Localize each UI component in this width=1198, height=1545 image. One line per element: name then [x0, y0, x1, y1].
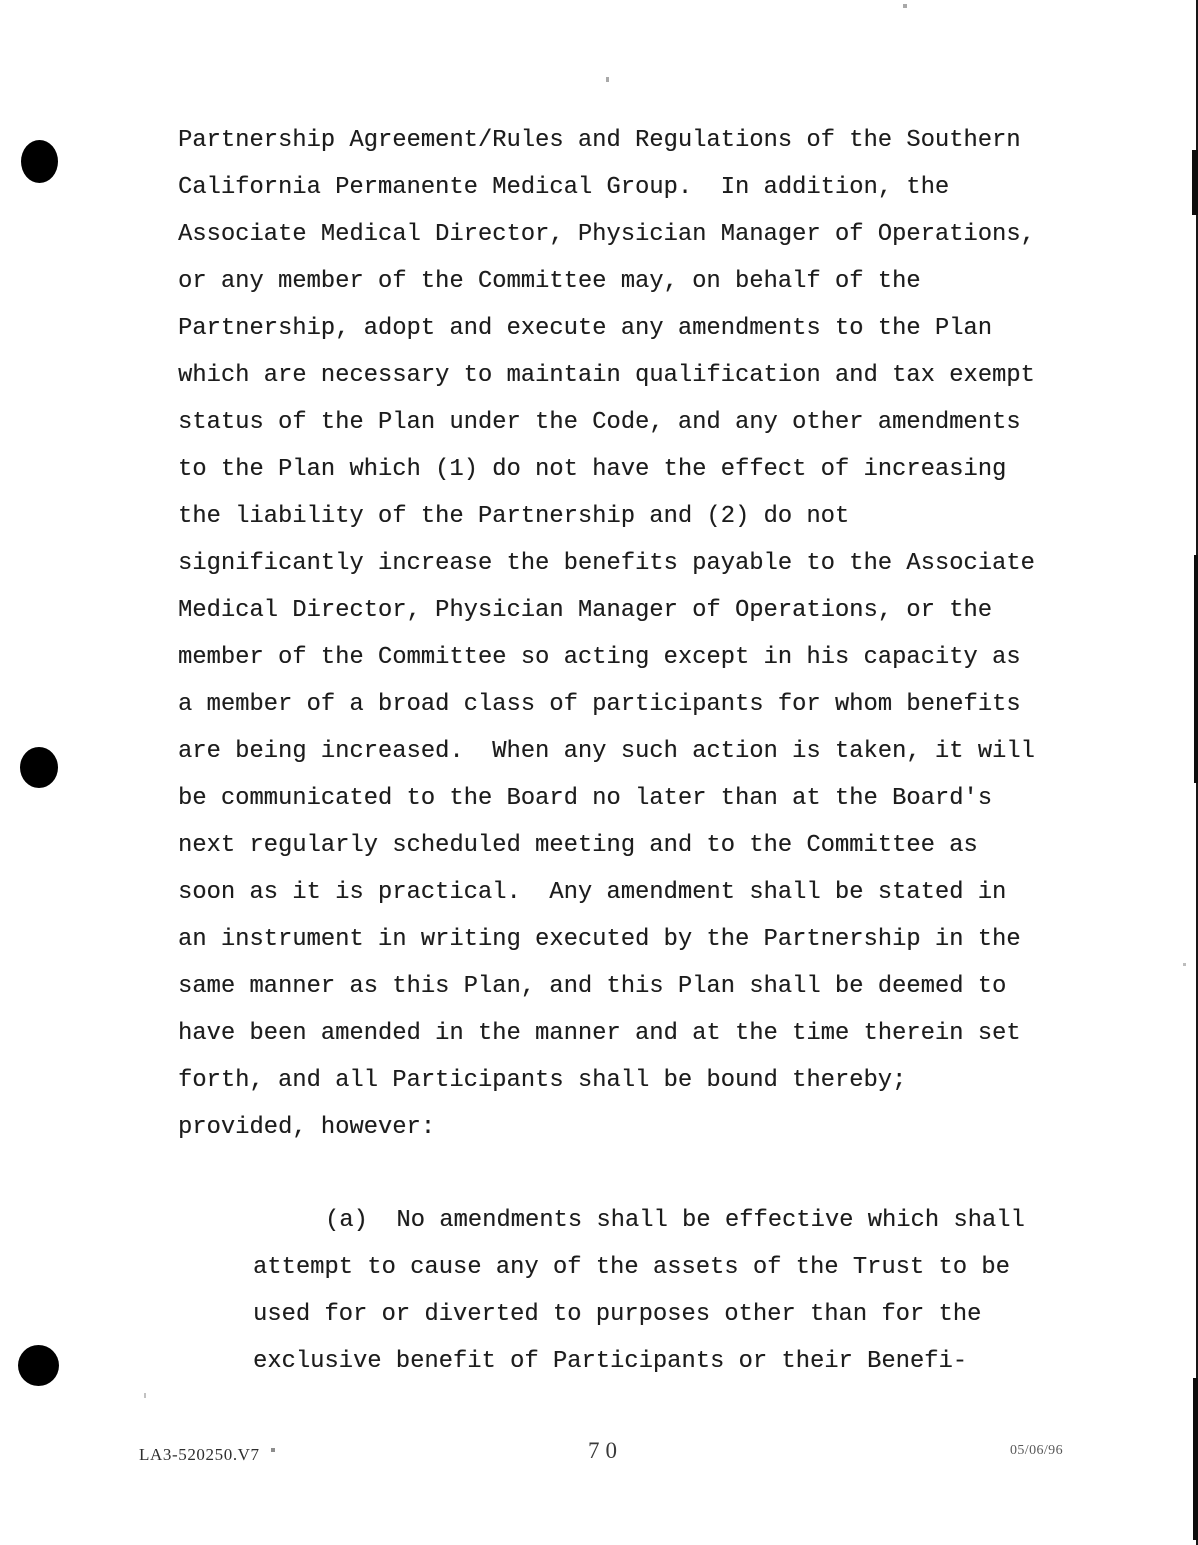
- scan-edge-blob: [1193, 1378, 1198, 1540]
- hole-punch-top: [21, 140, 58, 183]
- paragraph-line: status of the Plan under the Code, and a…: [178, 399, 1035, 446]
- footer-document-number: LA3-520250.V7: [139, 1445, 260, 1465]
- paragraph-line: significantly increase the benefits paya…: [178, 540, 1035, 587]
- paragraph-line: member of the Committee so acting except…: [178, 634, 1035, 681]
- hole-punch-middle: [20, 747, 58, 788]
- paragraph-line: Partnership, adopt and execute any amend…: [178, 305, 1035, 352]
- subparagraph-a-line: attempt to cause any of the assets of th…: [253, 1244, 1025, 1291]
- scan-edge-blob: [1192, 150, 1198, 215]
- scan-speck: [1183, 963, 1186, 966]
- main-paragraph: Partnership Agreement/Rules and Regulati…: [178, 117, 1035, 1151]
- hole-punch-bottom: [18, 1345, 59, 1386]
- scan-speck: [144, 1393, 146, 1398]
- subparagraph-a-line: used for or diverted to purposes other t…: [253, 1291, 1025, 1338]
- subparagraph-a: (a) No amendments shall be effective whi…: [253, 1197, 1025, 1385]
- subparagraph-a-line: exclusive benefit of Participants or the…: [253, 1338, 1025, 1385]
- subparagraph-a-line: (a) No amendments shall be effective whi…: [253, 1197, 1025, 1244]
- paragraph-line: Partnership Agreement/Rules and Regulati…: [178, 117, 1035, 164]
- paragraph-line: have been amended in the manner and at t…: [178, 1010, 1035, 1057]
- scan-speck: [271, 1448, 275, 1452]
- footer-page-number: 70: [588, 1438, 623, 1464]
- paragraph-line: or any member of the Committee may, on b…: [178, 258, 1035, 305]
- paragraph-line: Associate Medical Director, Physician Ma…: [178, 211, 1035, 258]
- paragraph-line: which are necessary to maintain qualific…: [178, 352, 1035, 399]
- footer-date: 05/06/96: [1010, 1443, 1063, 1459]
- scan-speck: [903, 4, 907, 8]
- paragraph-line: soon as it is practical. Any amendment s…: [178, 869, 1035, 916]
- paragraph-line: the liability of the Partnership and (2)…: [178, 493, 1035, 540]
- paragraph-line: provided, however:: [178, 1104, 1035, 1151]
- paragraph-line: next regularly scheduled meeting and to …: [178, 822, 1035, 869]
- paragraph-line: be communicated to the Board no later th…: [178, 775, 1035, 822]
- paragraph-line: a member of a broad class of participant…: [178, 681, 1035, 728]
- paragraph-line: Medical Director, Physician Manager of O…: [178, 587, 1035, 634]
- paragraph-line: same manner as this Plan, and this Plan …: [178, 963, 1035, 1010]
- paragraph-line: are being increased. When any such actio…: [178, 728, 1035, 775]
- paragraph-line: to the Plan which (1) do not have the ef…: [178, 446, 1035, 493]
- scanned-document-page: Partnership Agreement/Rules and Regulati…: [0, 0, 1198, 1545]
- paragraph-line: an instrument in writing executed by the…: [178, 916, 1035, 963]
- scan-speck: [606, 77, 609, 82]
- paragraph-line: forth, and all Participants shall be bou…: [178, 1057, 1035, 1104]
- paragraph-line: California Permanente Medical Group. In …: [178, 164, 1035, 211]
- scan-edge-blob: [1194, 555, 1198, 783]
